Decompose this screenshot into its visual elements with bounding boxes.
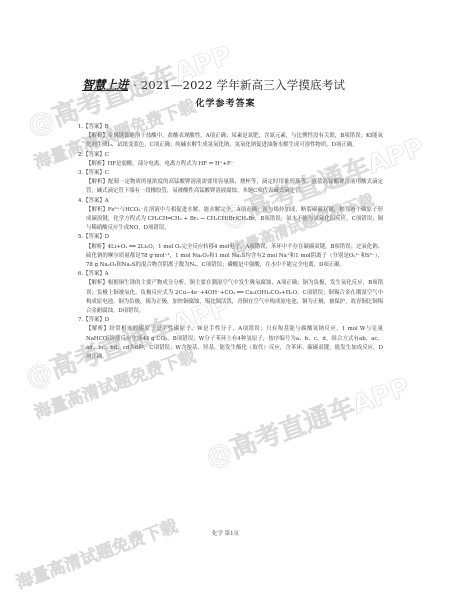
answer-explanation: 【解析】Fe³⁺与HCO₃⁻在溶液中互相促进水解，能水解完全，A项正确；溴与烯烃…	[78, 206, 383, 234]
answer-explanation: 【解析】4Li+O₂ ══ 2Li₂O，1 mol O₂完全反应转移4 mol电…	[78, 243, 383, 271]
answer-heading: 1.【答案】B	[78, 123, 383, 132]
question-7: 7.【答案】D 【解析】经常相连的碳原子是手性碳原子，W是手性分子，A项错误；只…	[78, 316, 383, 362]
document-subtitle: 化学参考答案	[0, 96, 451, 109]
answer-heading: 3.【答案】C	[78, 169, 383, 178]
answer-explanation: 【解析】HF是弱酸，部分电离，电离方程式为 HF ⇌ H⁺+F⁻	[78, 160, 383, 169]
question-6: 6.【答案】A 【解析】根据铜生锈的主要产物成分分析，铜主要在潮湿空气中发生吸氧…	[78, 270, 383, 316]
watermark: @高考直通车APP	[200, 367, 414, 475]
document-page: 智慧上进 · 2021—2022 学年新高三入学摸底考试 化学参考答案 1.【答…	[0, 0, 451, 600]
brand-logo: 智慧上进	[82, 76, 128, 93]
answer-heading: 6.【答案】A	[78, 270, 383, 279]
answer-explanation: 【解析】根据铜生锈的主要产物成分分析，铜主要在潮湿空气中发生吸氧腐蚀，A项正确；…	[78, 279, 383, 316]
document-title: · 2021—2022 学年新高三入学摸底考试	[133, 77, 345, 93]
answer-explanation: 【解析】配制一定物质的量浓度的高锰酸钾溶液需要用容量瓶、烧杯等，滴定时用锥形瓶等…	[78, 178, 383, 196]
page-footer: 化学 第1页	[0, 529, 451, 537]
answer-explanation: 【解析】金属锈蚀能溶于盐酸中，盐酸表现酸性，A项正确；尿素是氮肥，含氮元素，与比…	[78, 132, 383, 150]
answer-heading: 7.【答案】D	[78, 316, 383, 325]
question-5: 5.【答案】D 【解析】4Li+O₂ ══ 2Li₂O，1 mol O₂完全反应…	[78, 233, 383, 270]
answer-heading: 2.【答案】C	[78, 151, 383, 160]
answer-explanation: 【解析】经常相连的碳原子是手性碳原子，W是手性分子，A项错误；只有羧基能与碳酸氢…	[78, 325, 383, 362]
answer-heading: 4.【答案】A	[78, 197, 383, 206]
question-4: 4.【答案】A 【解析】Fe³⁺与HCO₃⁻在溶液中互相促进水解，能水解完全，A…	[78, 197, 383, 234]
answer-heading: 5.【答案】D	[78, 233, 383, 242]
question-1: 1.【答案】B 【解析】金属锈蚀能溶于盐酸中，盐酸表现酸性，A项正确；尿素是氮肥…	[78, 123, 383, 151]
question-2: 2.【答案】C 【解析】HF是弱酸，部分电离，电离方程式为 HF ⇌ H⁺+F⁻	[78, 151, 383, 169]
question-3: 3.【答案】C 【解析】配制一定物质的量浓度的高锰酸钾溶液需要用容量瓶、烧杯等，…	[78, 169, 383, 197]
watermark: 海量高清试题免费下载	[12, 512, 180, 594]
document-header: 智慧上进 · 2021—2022 学年新高三入学摸底考试	[82, 74, 382, 94]
answer-content: 1.【答案】B 【解析】金属锈蚀能溶于盐酸中，盐酸表现酸性，A项正确；尿素是氮肥…	[78, 123, 383, 362]
